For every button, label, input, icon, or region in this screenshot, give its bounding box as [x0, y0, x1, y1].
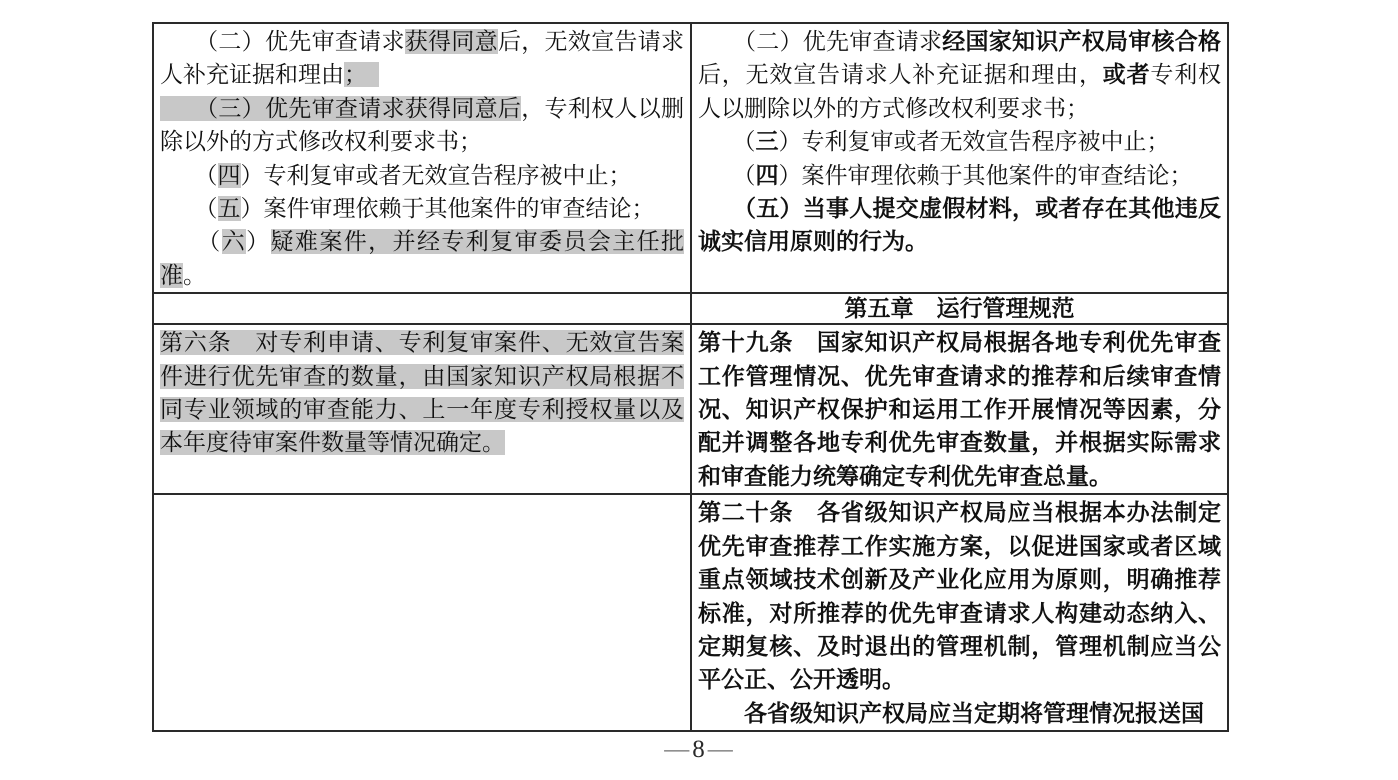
- table-cell-left: [153, 494, 691, 731]
- bold-text-segment: 经国家知识产权局审核合格: [942, 29, 1221, 54]
- page-number: 8: [690, 736, 708, 763]
- highlighted-text-segment: 第六条 对专利申请、专利复审案件、无效宣告案件进行优先审查的数量，由国家知识产权…: [160, 330, 684, 455]
- table-cell-left: 第六条 对专利申请、专利复审案件、无效宣告案件进行优先审查的数量，由国家知识产权…: [153, 324, 691, 494]
- table-cell-left: [153, 293, 691, 324]
- paragraph: 第二十条 各省级知识产权局应当根据本办法制定优先审查推荐工作实施方案，以促进国家…: [698, 496, 1221, 696]
- paragraph: （四）专利复审或者无效宣告程序被中止；: [160, 159, 684, 192]
- text-segment: ）专利复审或者无效宣告程序被中止；: [779, 129, 1170, 154]
- bold-text-segment: 各省级知识产权局应当定期将管理情况报送国: [698, 701, 1204, 726]
- paragraph: （二）优先审查请求经国家知识产权局审核合格后，无效宣告请求人补充证据和理由，或者…: [698, 25, 1221, 125]
- text-segment: （二）优先审查请求: [160, 29, 405, 54]
- paragraph: （四）案件审理依赖于其他案件的审查结论；: [698, 159, 1221, 192]
- highlighted-text-segment: 获得同意: [405, 29, 498, 54]
- text-segment: ）: [246, 229, 270, 254]
- bold-text-segment: 第二十条 各省级知识产权局应当根据本办法制定优先审查推荐工作实施方案，以促进国家…: [698, 500, 1221, 692]
- text-segment: ）专利复审或者无效宣告程序被中止；: [241, 163, 632, 188]
- row-quota: 第六条 对专利申请、专利复审案件、无效宣告案件进行优先审查的数量，由国家知识产权…: [153, 324, 1228, 494]
- table-cell-left: （二）优先审查请求获得同意后，无效宣告请求人补充证据和理由； （三）优先审查请求…: [153, 23, 691, 293]
- bold-text-segment: 或者: [1103, 62, 1151, 87]
- paragraph: 各省级知识产权局应当定期将管理情况报送国: [698, 697, 1221, 730]
- table-cell-right: 第二十条 各省级知识产权局应当根据本办法制定优先审查推荐工作实施方案，以促进国家…: [691, 494, 1228, 731]
- bold-text-segment: 第五章 运行管理规范: [845, 296, 1075, 321]
- paragraph: （六）疑难案件，并经专利复审委员会主任批准。: [160, 225, 684, 292]
- highlighted-text-segment: （三）优先审查请求获得同意后: [160, 96, 521, 121]
- footer-dash-right: —: [708, 736, 734, 763]
- document-page: （二）优先审查请求获得同意后，无效宣告请求人补充证据和理由； （三）优先审查请求…: [0, 0, 1398, 780]
- text-segment: ）案件审理依赖于其他案件的审查结论；: [779, 163, 1193, 188]
- paragraph: （三）优先审查请求获得同意后，专利权人以删除以外的方式修改权利要求书；: [160, 92, 684, 159]
- text-segment: （: [698, 129, 756, 154]
- row-management: 第二十条 各省级知识产权局应当根据本办法制定优先审查推荐工作实施方案，以促进国家…: [153, 494, 1228, 731]
- highlighted-text-segment: 五: [218, 196, 241, 221]
- text-segment: （: [160, 196, 218, 221]
- paragraph: 第十九条 国家知识产权局根据各地专利优先审查工作管理情况、优先审查请求的推荐和后…: [698, 326, 1221, 493]
- table-cell-right: （二）优先审查请求经国家知识产权局审核合格后，无效宣告请求人补充证据和理由，或者…: [691, 23, 1228, 293]
- bold-text-segment: 第十九条 国家知识产权局根据各地专利优先审查工作管理情况、优先审查请求的推荐和后…: [698, 330, 1221, 489]
- highlighted-text-segment: ；: [344, 62, 379, 87]
- text-segment: （: [698, 163, 756, 188]
- row-suspension-items: （二）优先审查请求获得同意后，无效宣告请求人补充证据和理由； （三）优先审查请求…: [153, 23, 1228, 293]
- table-cell-right: 第五章 运行管理规范: [691, 293, 1228, 324]
- highlighted-text-segment: 四: [218, 163, 241, 188]
- paragraph: （二）优先审查请求获得同意后，无效宣告请求人补充证据和理由；: [160, 25, 684, 92]
- paragraph: （三）专利复审或者无效宣告程序被中止；: [698, 125, 1221, 158]
- paragraph: （五）当事人提交虚假材料，或者存在其他违反诚实信用原则的行为。: [698, 192, 1221, 259]
- page-footer: —8—: [0, 736, 1398, 764]
- paragraph: 第五章 运行管理规范: [698, 295, 1221, 323]
- text-segment: 。: [183, 263, 206, 288]
- bold-text-segment: 四: [756, 163, 779, 188]
- table-cell-right: 第十九条 国家知识产权局根据各地专利优先审查工作管理情况、优先审查请求的推荐和后…: [691, 324, 1228, 494]
- bold-text-segment: 三: [756, 129, 779, 154]
- text-segment: ）案件审理依赖于其他案件的审查结论；: [241, 196, 655, 221]
- row-chapter-heading: 第五章 运行管理规范: [153, 293, 1228, 324]
- text-segment: （: [160, 163, 218, 188]
- text-segment: （: [160, 229, 222, 254]
- bold-text-segment: （五）当事人提交虚假材料，或者存在其他违反诚实信用原则的行为。: [698, 196, 1221, 254]
- footer-dash-left: —: [664, 736, 690, 763]
- text-segment: 后，无效宣告请求人补充证据和理由，: [698, 62, 1103, 87]
- text-segment: （二）优先审查请求: [698, 29, 942, 54]
- comparison-table-body: （二）优先审查请求获得同意后，无效宣告请求人补充证据和理由； （三）优先审查请求…: [153, 23, 1228, 731]
- comparison-table: （二）优先审查请求获得同意后，无效宣告请求人补充证据和理由； （三）优先审查请求…: [152, 22, 1229, 732]
- paragraph: （五）案件审理依赖于其他案件的审查结论；: [160, 192, 684, 225]
- highlighted-text-segment: 六: [222, 229, 246, 254]
- paragraph: 第六条 对专利申请、专利复审案件、无效宣告案件进行优先审查的数量，由国家知识产权…: [160, 326, 684, 460]
